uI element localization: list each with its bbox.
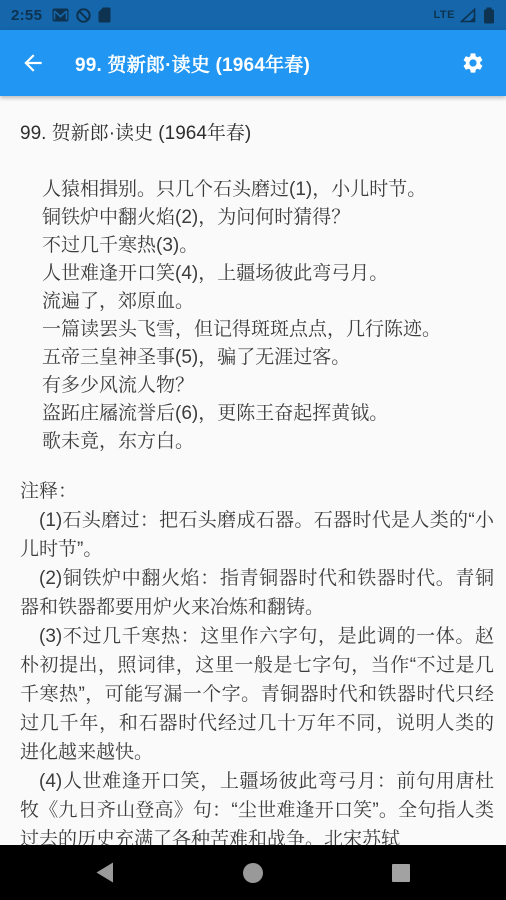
poem-line: 五帝三皇神圣事(5)，骗了无涯过客。: [42, 344, 494, 372]
poem-line: 有多少风流人物？: [42, 372, 494, 400]
page-title: 99. 贺新郎·读史 (1964年春): [20, 122, 494, 146]
poem-content-scroll-area[interactable]: 99. 贺新郎·读史 (1964年春) 人猿相揖别。只几个石头磨过(1)，小儿时…: [0, 96, 506, 845]
note-paragraph: (4)人世难逢开口笑，上疆场彼此弯弓月：前句用唐杜牧《九日齐山登高》句：“尘世难…: [20, 767, 494, 845]
poem-line: 流遍了，郊原血。: [42, 288, 494, 316]
notes-heading: 注释：: [20, 477, 494, 506]
poem-body: 人猿相揖别。只几个石头磨过(1)，小儿时节。 铜铁炉中翻火焰(2)，为问何时猜得…: [20, 176, 494, 456]
android-navigation-bar: [0, 845, 506, 900]
gmail-icon: [52, 8, 69, 22]
sim-card-icon: [98, 7, 111, 23]
poem-line: 人猿相揖别。只几个石头磨过(1)，小儿时节。: [42, 176, 494, 204]
home-circle-icon: [243, 863, 263, 883]
recents-square-icon: [392, 864, 410, 882]
poem-line: 盗跖庄屩流誉后(6)，更陈王奋起挥黄钺。: [42, 400, 494, 428]
note-paragraph: (2)铜铁炉中翻火焰：指青铜器时代和铁器时代。青铜器和铁器都要用炉火来冶炼和翻铸…: [20, 564, 494, 622]
battery-icon: [483, 7, 495, 24]
nav-back-button[interactable]: [88, 856, 122, 890]
poem-line: 人世难逢开口笑(4)，上疆场彼此弯弓月。: [42, 260, 494, 288]
settings-button[interactable]: [456, 46, 490, 80]
note-paragraph: (3)不过几千寒热：这里作六字句，是此调的一体。赵朴初提出，照词律，这里一般是七…: [20, 622, 494, 767]
blocked-circle-icon: [76, 8, 91, 23]
gear-icon: [461, 51, 485, 75]
back-button[interactable]: [16, 46, 50, 80]
status-time: 2:55: [11, 7, 42, 24]
nav-recents-button[interactable]: [384, 856, 418, 890]
poem-line: 歌未竟，东方白。: [42, 428, 494, 456]
app-bar: 99. 贺新郎·读史 (1964年春): [0, 30, 506, 96]
poem-line: 铜铁炉中翻火焰(2)，为问何时猜得？: [42, 204, 494, 232]
arrow-back-icon: [20, 50, 46, 76]
back-triangle-icon: [96, 862, 114, 883]
poem-line: 不过几千寒热(3)。: [42, 232, 494, 260]
signal-triangle-icon: [460, 8, 476, 23]
note-paragraph: (1)石头磨过：把石头磨成石器。石器时代是人类的“小儿时节”。: [20, 506, 494, 564]
notes-section: 注释： (1)石头磨过：把石头磨成石器。石器时代是人类的“小儿时节”。 (2)铜…: [20, 477, 494, 845]
network-type-label: LTE: [434, 9, 455, 21]
poem-line: 一篇读罢头飞雪，但记得斑斑点点，几行陈迹。: [42, 316, 494, 344]
app-bar-title: 99. 贺新郎·读史 (1964年春): [75, 50, 456, 77]
nav-home-button[interactable]: [236, 856, 270, 890]
status-bar: 2:55 LTE: [0, 0, 506, 30]
